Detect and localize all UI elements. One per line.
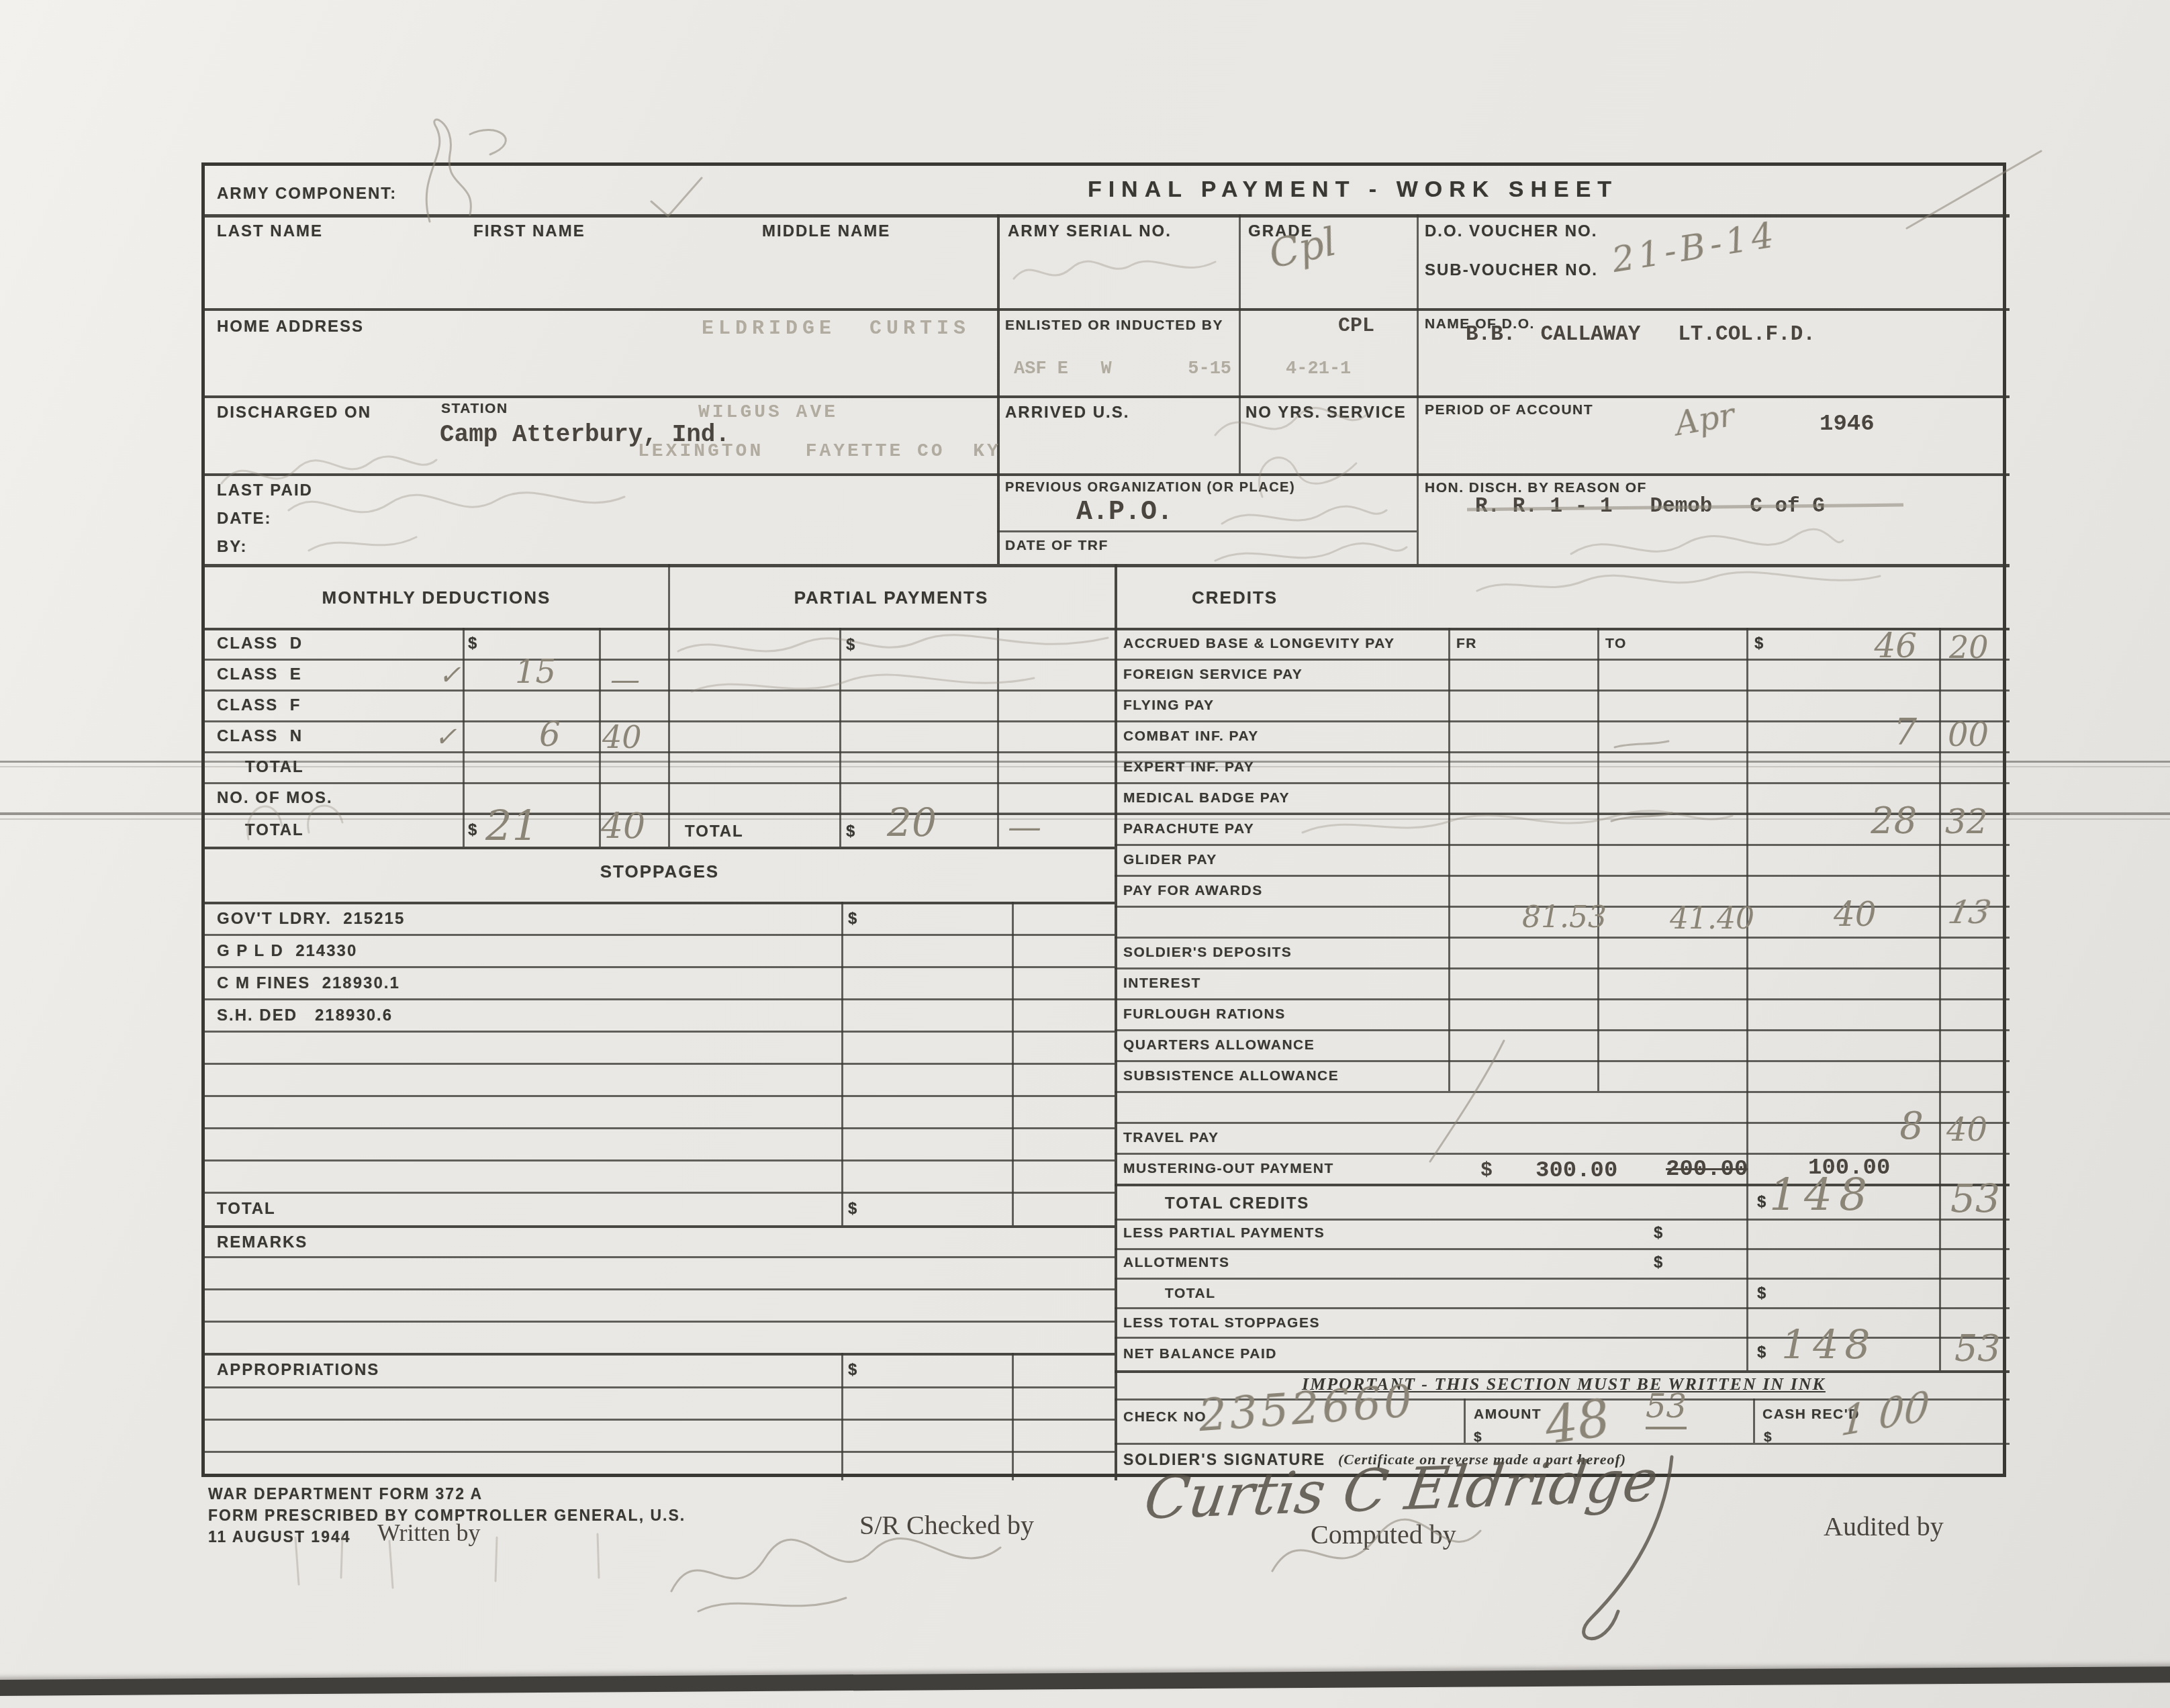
rule-line [205,782,1115,784]
sub-voucher-handwritten-value: 21-B-14 [1609,215,1781,281]
credit-fr-handwritten: 81.53 [1522,900,1607,935]
amount-cents-handwritten: 53 [1646,1388,1687,1429]
mustering-option-300: 300.00 [1536,1158,1617,1184]
credit-cents: 13 [1945,894,1994,931]
total-credits-label: TOTAL CREDITS [1165,1194,1309,1213]
deductions-total-label: TOTAL [245,758,304,777]
credit-row-label: QUARTERS ALLOWANCE [1123,1037,1315,1053]
stoppage-row-label: G P L D 214330 [217,942,357,961]
amount-label: AMOUNT [1474,1407,1542,1423]
by-label: BY: [217,538,248,557]
rule-line [205,1386,1115,1388]
total-credits-amount: 148 [1769,1169,1874,1221]
dollar-sign: $ [1757,1284,1767,1303]
rule-line [1012,902,1014,1225]
credits-title: CREDITS [1192,587,1278,608]
total-credits-cents: 53 [1950,1176,2000,1221]
pencil-signature [658,1511,1007,1625]
stoppages-total-label: TOTAL [217,1200,276,1219]
rule-line [1448,628,1450,1091]
rule-line [1597,628,1599,1091]
mustering-option-200-struck: 200.00 [1666,1157,1748,1182]
pencil-scribble [1296,802,1739,849]
rule-line [205,902,1115,904]
rule-line [1115,1091,2010,1093]
rule-line [1115,1029,2010,1031]
credit-cents: 40 [1946,1111,1987,1149]
rule-line [1115,1219,2010,1221]
period-handwritten: Apr [1672,396,1738,443]
home-address-label: HOME ADDRESS [217,318,364,336]
credit-to-handwritten: 41.40 [1670,902,1754,936]
stoppage-row-label: C M FINES 218930.1 [217,974,400,993]
enlisted-inducted-label: ENLISTED OR INDUCTED BY [1005,318,1223,334]
pencil-scribble [1470,564,1887,604]
pencil-slash [1900,148,2048,235]
rule-line [205,998,1115,1000]
credit-amount: 40 [1834,895,1877,934]
dollar-sign: $ [468,821,478,840]
partial-total-cents: — [1008,808,1041,847]
less-partial-payments-label: LESS PARTIAL PAYMENTS [1123,1225,1325,1241]
rule-line [1115,1060,2010,1062]
credit-cents: 32 [1945,802,1988,841]
class-e-checkmark: ✓ [438,660,461,691]
class-e-label: CLASS E [217,665,302,684]
rule-line [205,1256,1115,1258]
rule-line [1115,1248,2010,1250]
rule-line [1115,1184,2010,1186]
amount-handwritten: 48 [1541,1388,1613,1456]
credit-row-label: MUSTERING-OUT PAYMENT [1123,1161,1334,1177]
discharged-on-label: DISCHARGED ON [217,404,371,422]
pencil-slash [1423,1034,1511,1168]
grade-typed-value: CPL [1338,315,1374,338]
rule-line [1753,1398,1755,1443]
rule-line [1115,1307,2010,1309]
class-n-amount: 6 [539,715,561,754]
rule-line [1115,782,2010,784]
page-title: FINAL PAYMENT - WORK SHEET [984,177,1722,203]
rule-line [841,902,843,1225]
pencil-check-mark [645,175,705,222]
rule-line [205,1063,1115,1065]
pencil-scribble [282,470,631,571]
rule-line [205,1353,1115,1356]
rule-line [1939,628,1941,1370]
stoppage-row-label: S.H. DED 218930.6 [217,1006,393,1025]
credit-amount: 46 [1809,626,1917,665]
sub-voucher-label: SUB-VOUCHER NO. [1425,261,1598,280]
check-no-label: CHECK NO [1123,1409,1207,1425]
date-label: DATE: [217,510,272,528]
rule-line [463,628,465,847]
rule-line [1464,1398,1466,1443]
dollar-sign: $ [1654,1224,1664,1243]
credit-amount: 7 [1809,711,1917,753]
station-label: STATION [441,401,508,417]
dollar-sign: $ [848,1200,858,1219]
pencil-signature [1262,1497,1484,1605]
rule-line [1115,1153,2010,1155]
remarks-label: REMARKS [217,1233,308,1252]
net-balance-amount: 148 [1781,1322,1877,1369]
credit-row-label: INTEREST [1123,976,1201,992]
rule-line [205,751,1115,753]
stamped-address-line2: LEXINGTON FAYETTE CO KY [638,441,1001,462]
rule-line [205,1127,1115,1129]
rule-line [205,720,1115,722]
partial-total-label: TOTAL [685,822,744,841]
rule-line [205,308,2010,311]
dollar-sign: $ [1654,1253,1664,1272]
dollar-sign: $ [1754,634,1764,653]
pencil-marks [282,1531,618,1591]
class-n-checkmark: ✓ [434,722,457,753]
pencil-scribble [1209,534,1410,574]
pencil-scribble [389,114,537,228]
credit-amount: 28 [1796,800,1917,842]
name-of-do-value: B.B. CALLAWAY LT.COL.F.D. [1466,323,1815,346]
rule-line [205,1031,1115,1033]
credit-row-label: TRAVEL PAY [1123,1130,1219,1146]
dollar-sign: $ [1757,1343,1767,1362]
date-of-trf-label: DATE OF TRF [1005,538,1108,554]
army-serial-no-label: ARMY SERIAL NO. [1008,222,1172,241]
credit-row-label: SOLDIER'S DEPOSITS [1123,945,1292,961]
pencil-scribble [235,786,436,853]
rule-line [1115,967,2010,969]
credit-row-label: COMBAT INF. PAY [1123,728,1259,745]
dollar-sign: $ [468,634,478,653]
rule-line [1115,937,2010,939]
partial-total-amount: 20 [887,800,937,845]
scanned-document-page: ARMY COMPONENT: FINAL PAYMENT - WORK SHE… [0,0,2170,1708]
dollar-sign: $ [848,1361,858,1380]
stoppage-row-label: GOV'T LDRY. 215215 [217,910,405,929]
deductions-total-amount: 21 [485,801,538,850]
pencil-scribble [671,624,1115,712]
dollar-sign: $ [1764,1429,1773,1445]
credit-amount: 8 [1843,1104,1924,1148]
hon-disch-label: HON. DISCH. BY REASON OF [1425,480,1647,496]
rule-line [841,1353,843,1480]
rule-line [205,1288,1115,1290]
pencil-dash [1611,737,1672,753]
do-voucher-label: D.O. VOUCHER NO. [1425,222,1597,241]
credit-row-label: FOREIGN SERVICE PAY [1123,667,1303,683]
class-e-amount: 15 [515,653,556,691]
deductions-total-cents: 40 [601,806,645,847]
monthly-deductions-title: MONTHLY DEDUCTIONS [205,587,668,608]
credit-row-label: SUBSISTENCE ALLOWANCE [1123,1068,1339,1084]
previous-org-value: A.P.O. [1076,497,1173,528]
rule-line [1115,690,2010,692]
class-n-cents: 40 [602,719,642,755]
audited-by-label: Audited by [1824,1511,1944,1542]
credit-row-label: FLYING PAY [1123,698,1215,714]
rule-line [997,214,1000,564]
class-d-label: CLASS D [217,634,303,653]
period-year-value: 1946 [1820,412,1875,437]
stamped-address-line1: WILGUS AVE [698,402,838,423]
rule-line [1115,875,2010,877]
less-total-stoppages-label: LESS TOTAL STOPPAGES [1123,1315,1320,1331]
net-balance-cents: 53 [1954,1327,2001,1370]
credit-cents: 00 [1948,716,1989,754]
credit-row-label: PAY FOR AWARDS [1123,883,1263,899]
rule-line [1115,998,2010,1000]
rule-line [205,1451,1115,1453]
class-n-label: CLASS N [217,727,303,746]
period-of-account-label: PERIOD OF ACCOUNT [1425,402,1593,418]
dollar-sign: $ [1474,1429,1482,1445]
rule-line [1115,564,1117,1480]
dollar-sign: $ [1757,1193,1767,1212]
credit-row-label: PARACHUTE PAY [1123,821,1254,837]
rule-line [205,1192,1115,1194]
credit-row-label: FURLOUGH RATIONS [1123,1006,1286,1023]
rule-line [205,1225,1115,1228]
pencil-scribble [1007,242,1222,295]
rule-line [205,966,1115,968]
allotments-label: ALLOTMENTS [1123,1255,1229,1271]
dollar-sign: $ [848,910,858,929]
partial-payments-title: PARTIAL PAYMENTS [668,587,1115,608]
army-component-label: ARMY COMPONENT: [217,185,397,203]
rule-line [1115,1370,2010,1373]
rule-line [1115,1278,2010,1280]
form-id: WAR DEPARTMENT FORM 372 A [208,1485,483,1503]
stamped-name: ELDRIDGE CURTIS [702,318,970,340]
credit-row-label: ACCRUED BASE & LONGEVITY PAY [1123,636,1395,652]
rule-line [205,1321,1115,1323]
rule-line [205,934,1115,936]
rule-line [1417,214,1419,564]
rule-line [205,1419,1115,1421]
stoppages-title: STOPPAGES [205,861,1115,882]
dollar-sign: $ [846,822,856,841]
enlisted-stamp-codes: ASF E W 5-15 4-21-1 [1014,359,1351,379]
credit-row-label: MEDICAL BADGE PAY [1123,790,1290,806]
credit-row-label: GLIDER PAY [1123,852,1217,868]
middle-name-label: MIDDLE NAME [762,222,890,241]
scan-edge-bar [0,1666,2170,1696]
ink-signature-flourish [1531,1450,1705,1658]
rule-line [205,1159,1115,1161]
fr-column-header: FR [1456,636,1477,652]
credit-row-label: EXPERT INF. PAY [1123,759,1254,775]
class-e-cents: — [610,663,640,697]
rule-line [205,395,2010,398]
appropriations-label: APPROPRIATIONS [217,1361,379,1380]
summary-total-label: TOTAL [1165,1286,1216,1302]
rule-line [1746,628,1748,1370]
rule-line [1012,1353,1014,1480]
rule-line [205,1095,1115,1097]
credit-cents: 20 [1949,629,1989,665]
last-name-label: LAST NAME [217,222,323,241]
to-column-header: TO [1605,636,1627,652]
arrived-us-label: ARRIVED U.S. [1005,404,1129,422]
class-f-label: CLASS F [217,696,301,715]
net-balance-paid-label: NET BALANCE PAID [1123,1346,1277,1362]
